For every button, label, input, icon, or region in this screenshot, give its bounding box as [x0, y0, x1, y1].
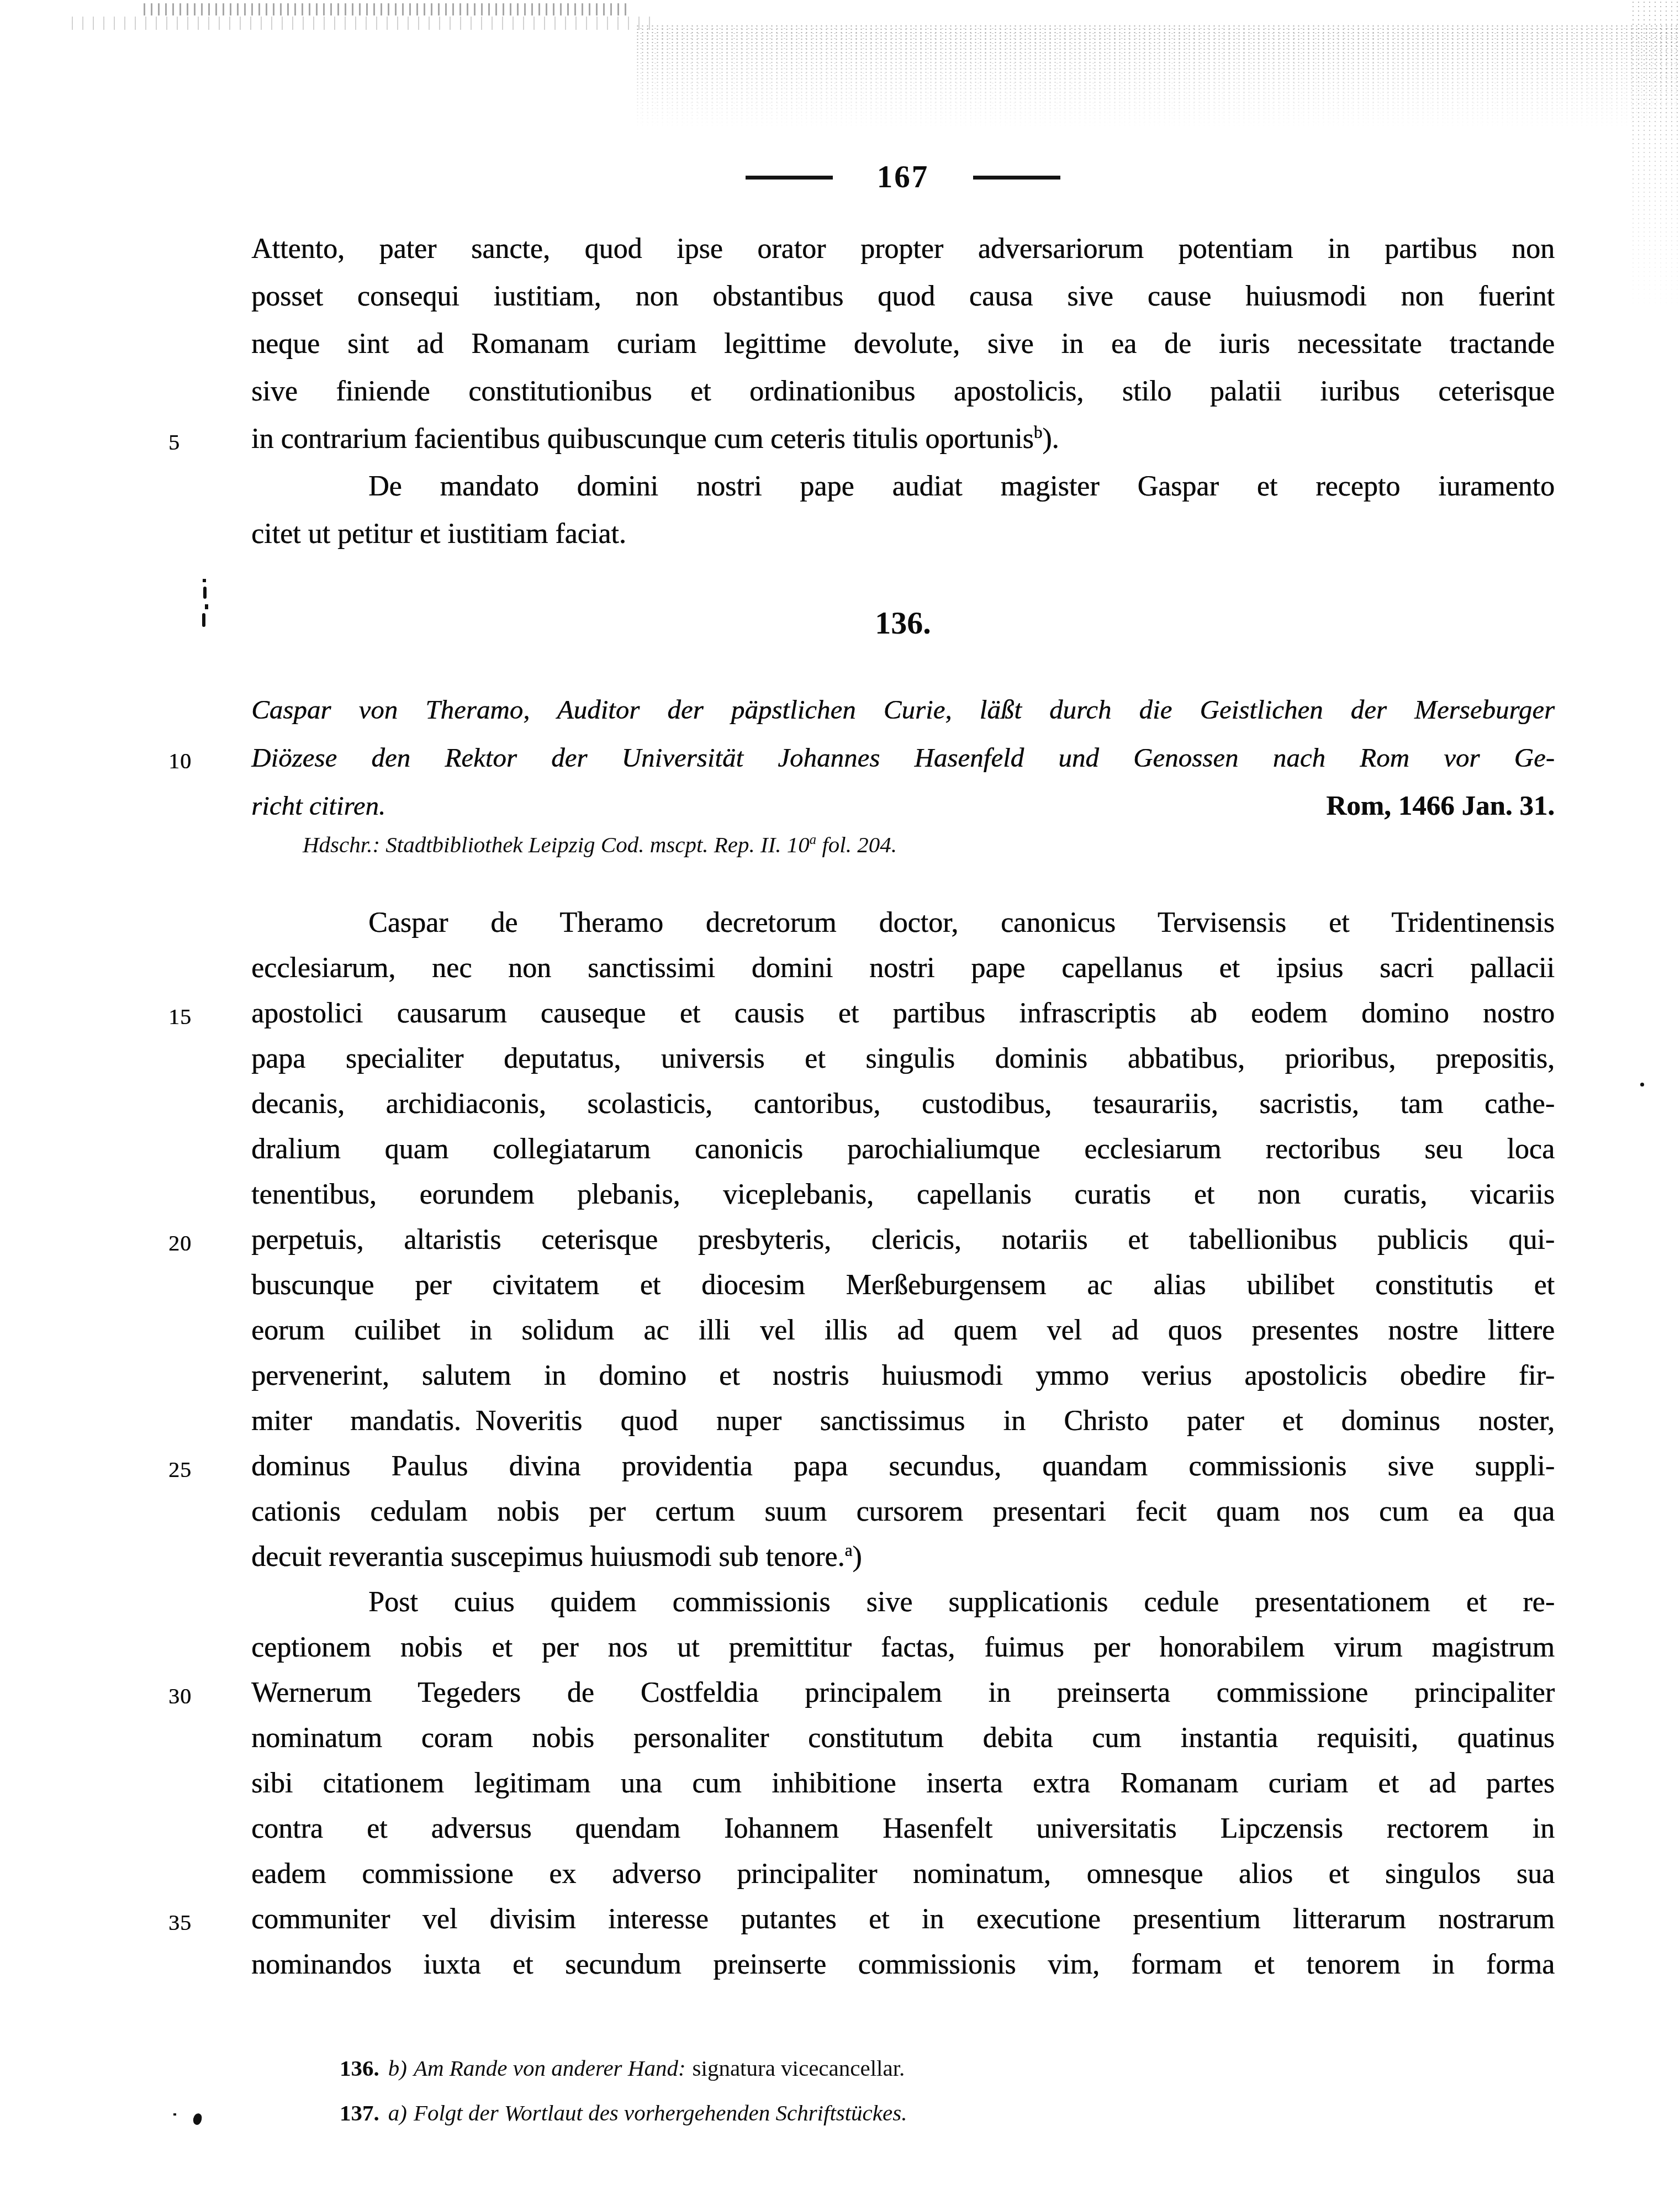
scan-smudge [192, 2113, 203, 2126]
margin-line-number: 20 [168, 1221, 237, 1266]
text-line: posset consequi iustitiam, non obstantib… [251, 273, 1555, 320]
text-line: tenentibus, eorundem plebanis, vicepleba… [251, 1172, 1555, 1217]
text-line: eadem commissione ex adverso principalit… [251, 1852, 1555, 1897]
entry-heading: 136. [251, 605, 1555, 641]
text-line: Post cuius quidem commissionis sive supp… [251, 1580, 1555, 1625]
line-text: ). [1042, 423, 1059, 455]
text-line: Attento, pater sancte, quod ipse orator … [251, 225, 1555, 273]
text-line: papa specialiter deputatus, universis et… [251, 1036, 1555, 1082]
scan-smudge [1640, 1083, 1644, 1086]
line-text: pervenerint, salutem in domino et nostri… [251, 1360, 1555, 1391]
line-text: Caspar de Theramo decretorum doctor, can… [368, 907, 1555, 938]
line-text: richt citiren. [251, 782, 385, 830]
line-text: eadem commissione ex adverso principalit… [251, 1858, 1555, 1890]
scan-smudge [203, 579, 206, 582]
text-line: contra et adversus quendam Iohannem Hase… [251, 1806, 1555, 1852]
text-line: cationis cedulam nobis per certum suum c… [251, 1489, 1555, 1534]
line-text: buscunque per civitatem et diocesim Merß… [251, 1269, 1555, 1301]
line-text: decuit reverantia suscepimus huiusmodi s… [251, 1541, 844, 1573]
footnote-marker: b) [388, 2055, 407, 2081]
text-line: sive finiende constitutionibus et ordina… [251, 368, 1555, 415]
text-line: Caspar de Theramo decretorum doctor, can… [251, 900, 1555, 946]
text-line: 30Wernerum Tegeders de Costfeldia princi… [251, 1670, 1555, 1716]
scan-noise-right-edge [1630, 0, 1680, 309]
line-text: perpetuis, altaristis ceterisque presbyt… [251, 1224, 1555, 1256]
line-text: eorum cuilibet in solidum ac illi vel il… [251, 1315, 1555, 1346]
petition-paragraph: Attento, pater sancte, quod ipse orator … [251, 225, 1555, 558]
margin-line-number: 25 [168, 1447, 237, 1492]
footnote-italic-text: Folgt der Wortlaut des vorhergehenden Sc… [414, 2100, 907, 2125]
footnote-line: 136.b)Am Rande von anderer Hand:signatur… [340, 2046, 1643, 2091]
text-line: nominandos iuxta et secundum preinserte … [251, 1942, 1555, 1987]
text-line: buscunque per civitatem et diocesim Merß… [251, 1263, 1555, 1308]
text-line: citet ut petitur et iustitiam faciat. [251, 510, 1555, 558]
scan-smudge [202, 613, 205, 627]
scan-smudge [203, 587, 207, 599]
text-line: 15apostolici causarum causeque et causis… [251, 991, 1555, 1036]
footnote-line: 137.a)Folgt der Wortlaut des vorhergehen… [340, 2091, 1643, 2135]
scan-smudge [205, 604, 208, 609]
folio-superscript: a [810, 832, 816, 847]
line-text: Attento, pater sancte, quod ipse orator … [251, 233, 1555, 265]
summary-last-line: richt citiren. Rom, 1466 Jan. 31. [251, 782, 1555, 830]
text-line: dralium quam collegiatarum canonicis par… [251, 1127, 1555, 1172]
line-text: decanis, archidiaconis, scolasticis, can… [251, 1088, 1555, 1120]
header-rule-left [746, 176, 833, 180]
line-text: ceptionem nobis et per nos ut premittitu… [251, 1632, 1555, 1663]
scan-noise-top-ticks-2 [72, 17, 657, 30]
body-paragraph: Caspar de Theramo decretorum doctor, can… [251, 900, 1555, 1987]
line-text: dralium quam collegiatarum canonicis par… [251, 1133, 1555, 1165]
text-line: ceptionem nobis et per nos ut premittitu… [251, 1625, 1555, 1670]
line-text: nominandos iuxta et secundum preinserte … [251, 1949, 1555, 1980]
footnote-marker: a) [388, 2100, 407, 2125]
margin-line-number: 15 [168, 994, 237, 1040]
line-text: posset consequi iustitiam, non obstantib… [251, 281, 1555, 312]
text-line: 5in contrarium facientibus quibuscunque … [251, 415, 1555, 463]
line-text: Caspar von Theramo, Auditor der päpstlic… [251, 694, 1555, 725]
line-text: contra et adversus quendam Iohannem Hase… [251, 1813, 1555, 1844]
text-line: miter mandatis. Noveritis quod nuper san… [251, 1399, 1555, 1444]
footnote-entry-number: 136. [340, 2055, 379, 2081]
line-text: apostolici causarum causeque et causis e… [251, 998, 1555, 1029]
footnote-roman-text: signatura vicecancellar. [693, 2055, 905, 2081]
margin-line-number: 35 [168, 1900, 237, 1945]
footnotes: 136.b)Am Rande von anderer Hand:signatur… [251, 2046, 1643, 2135]
text-line: De mandato domini nostri pape audiat mag… [251, 463, 1555, 510]
entry-summary: Caspar von Theramo, Auditor der päpstlic… [251, 685, 1555, 830]
line-text: ecclesiarum, nec non sanctissimi domini … [251, 952, 1555, 984]
line-text: tenentibus, eorundem plebanis, vicepleba… [251, 1179, 1555, 1210]
line-text: Wernerum Tegeders de Costfeldia principa… [251, 1677, 1555, 1708]
entry-date: Rom, 1466 Jan. 31. [1326, 782, 1555, 830]
line-text: communiter vel divisim interesse putante… [251, 1903, 1555, 1935]
summary-line: 10Diözese den Rektor der Universität Joh… [251, 734, 1555, 782]
source-text: fol. 204. [816, 832, 897, 857]
page-number: 167 [877, 161, 929, 193]
line-text: papa specialiter deputatus, universis et… [251, 1043, 1555, 1074]
header-rule-right [973, 176, 1060, 180]
margin-line-number: 10 [168, 737, 237, 785]
margin-line-number: 30 [168, 1674, 237, 1719]
line-text: Post cuius quidem commissionis sive supp… [368, 1586, 1555, 1618]
scanned-book-page: 167 Attento, pater sancte, quod ipse ora… [0, 0, 1680, 2189]
line-text: citet ut petitur et iustitiam faciat. [251, 518, 626, 550]
footnote-entry-number: 137. [340, 2100, 379, 2125]
text-line: sibi citationem legitimam una cum inhibi… [251, 1761, 1555, 1806]
text-line: 25dominus Paulus divina providentia papa… [251, 1444, 1555, 1489]
text-line: ecclesiarum, nec non sanctissimi domini … [251, 946, 1555, 991]
text-line: decanis, archidiaconis, scolasticis, can… [251, 1082, 1555, 1127]
source-note: Hdschr.: Stadtbibliothek Leipzig Cod. ms… [251, 830, 1606, 859]
line-text: sive finiende constitutionibus et ordina… [251, 376, 1555, 407]
text-line: eorum cuilibet in solidum ac illi vel il… [251, 1308, 1555, 1353]
text-line: pervenerint, salutem in domino et nostri… [251, 1353, 1555, 1399]
margin-line-number: 5 [168, 419, 237, 466]
line-text: sibi citationem legitimam una cum inhibi… [251, 1768, 1555, 1799]
line-text: ) [852, 1541, 862, 1573]
page-header: 167 [251, 161, 1555, 193]
scan-noise-top-ticks [144, 3, 630, 15]
text-line: nominatum coram nobis personaliter const… [251, 1716, 1555, 1761]
line-text: miter mandatis. Noveritis quod nuper san… [251, 1405, 1555, 1437]
line-text: neque sint ad Romanam curiam legittime d… [251, 328, 1555, 360]
line-text: De mandato domini nostri pape audiat mag… [368, 471, 1555, 502]
text-line: 35communiter vel divisim interesse putan… [251, 1897, 1555, 1942]
line-text: dominus Paulus divina providentia papa s… [251, 1450, 1555, 1482]
summary-line: Caspar von Theramo, Auditor der päpstlic… [251, 685, 1555, 734]
footnote-italic-text: Am Rande von anderer Hand: [414, 2055, 686, 2081]
text-line: 20perpetuis, altaristis ceterisque presb… [251, 1217, 1555, 1263]
text-line: neque sint ad Romanam curiam legittime d… [251, 320, 1555, 368]
text-line: decuit reverantia suscepimus huiusmodi s… [251, 1534, 1555, 1580]
line-text: nominatum coram nobis personaliter const… [251, 1722, 1555, 1754]
footnote-reference: b [1034, 423, 1043, 442]
footnote-reference: a [844, 1541, 852, 1560]
source-text: Hdschr.: Stadtbibliothek Leipzig Cod. ms… [303, 832, 810, 857]
line-text: cationis cedulam nobis per certum suum c… [251, 1496, 1555, 1527]
scan-smudge [173, 2113, 176, 2116]
line-text: in contrarium facientibus quibuscunque c… [251, 423, 1034, 455]
scan-noise-top-right [635, 24, 1680, 129]
line-text: Diözese den Rektor der Universität Johan… [251, 742, 1555, 773]
